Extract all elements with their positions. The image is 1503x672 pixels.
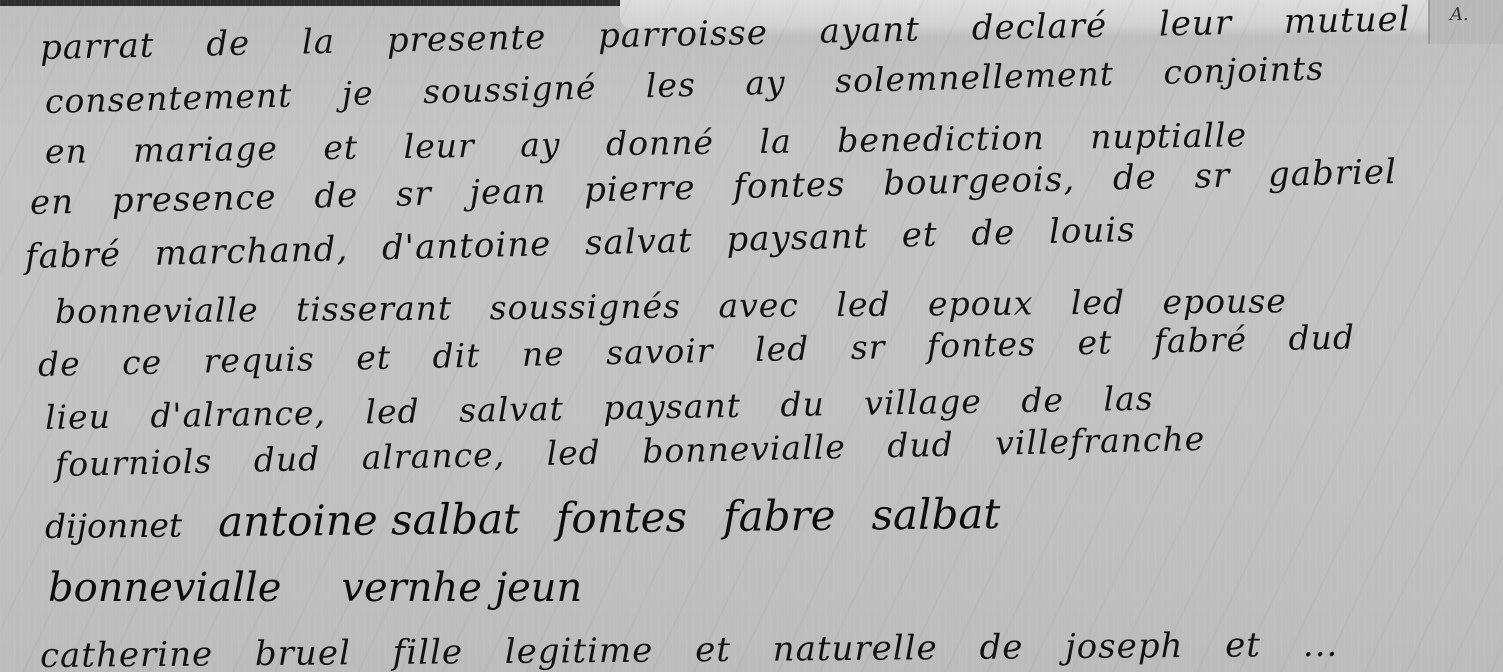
signature-bonnevialle: bonnevialle xyxy=(48,565,281,611)
register-page: A. parrat de la presente parroisse ayant… xyxy=(0,0,1503,672)
text-line-5: fabré marchand, d'antoine salvat paysant… xyxy=(25,210,1137,277)
signature-salbat: salbat xyxy=(871,489,1000,539)
signature-row-2: bonnevialle vernhe jeun xyxy=(48,565,582,611)
signature-antoine-salbat: antoine salbat xyxy=(218,494,520,546)
signature-vernhe: vernhe jeun xyxy=(341,565,582,611)
signature-fontes: fontes xyxy=(556,492,688,542)
signature-fabre: fabre xyxy=(723,491,836,541)
corner-mark: A. xyxy=(1450,4,1469,25)
text-line-next-entry: catherine bruel fille legitime et nature… xyxy=(40,625,1339,672)
signature-row-1: dijonnet antoine salbat fontes fabre sal… xyxy=(45,489,1001,548)
signature-dijonnet: dijonnet xyxy=(45,506,182,546)
